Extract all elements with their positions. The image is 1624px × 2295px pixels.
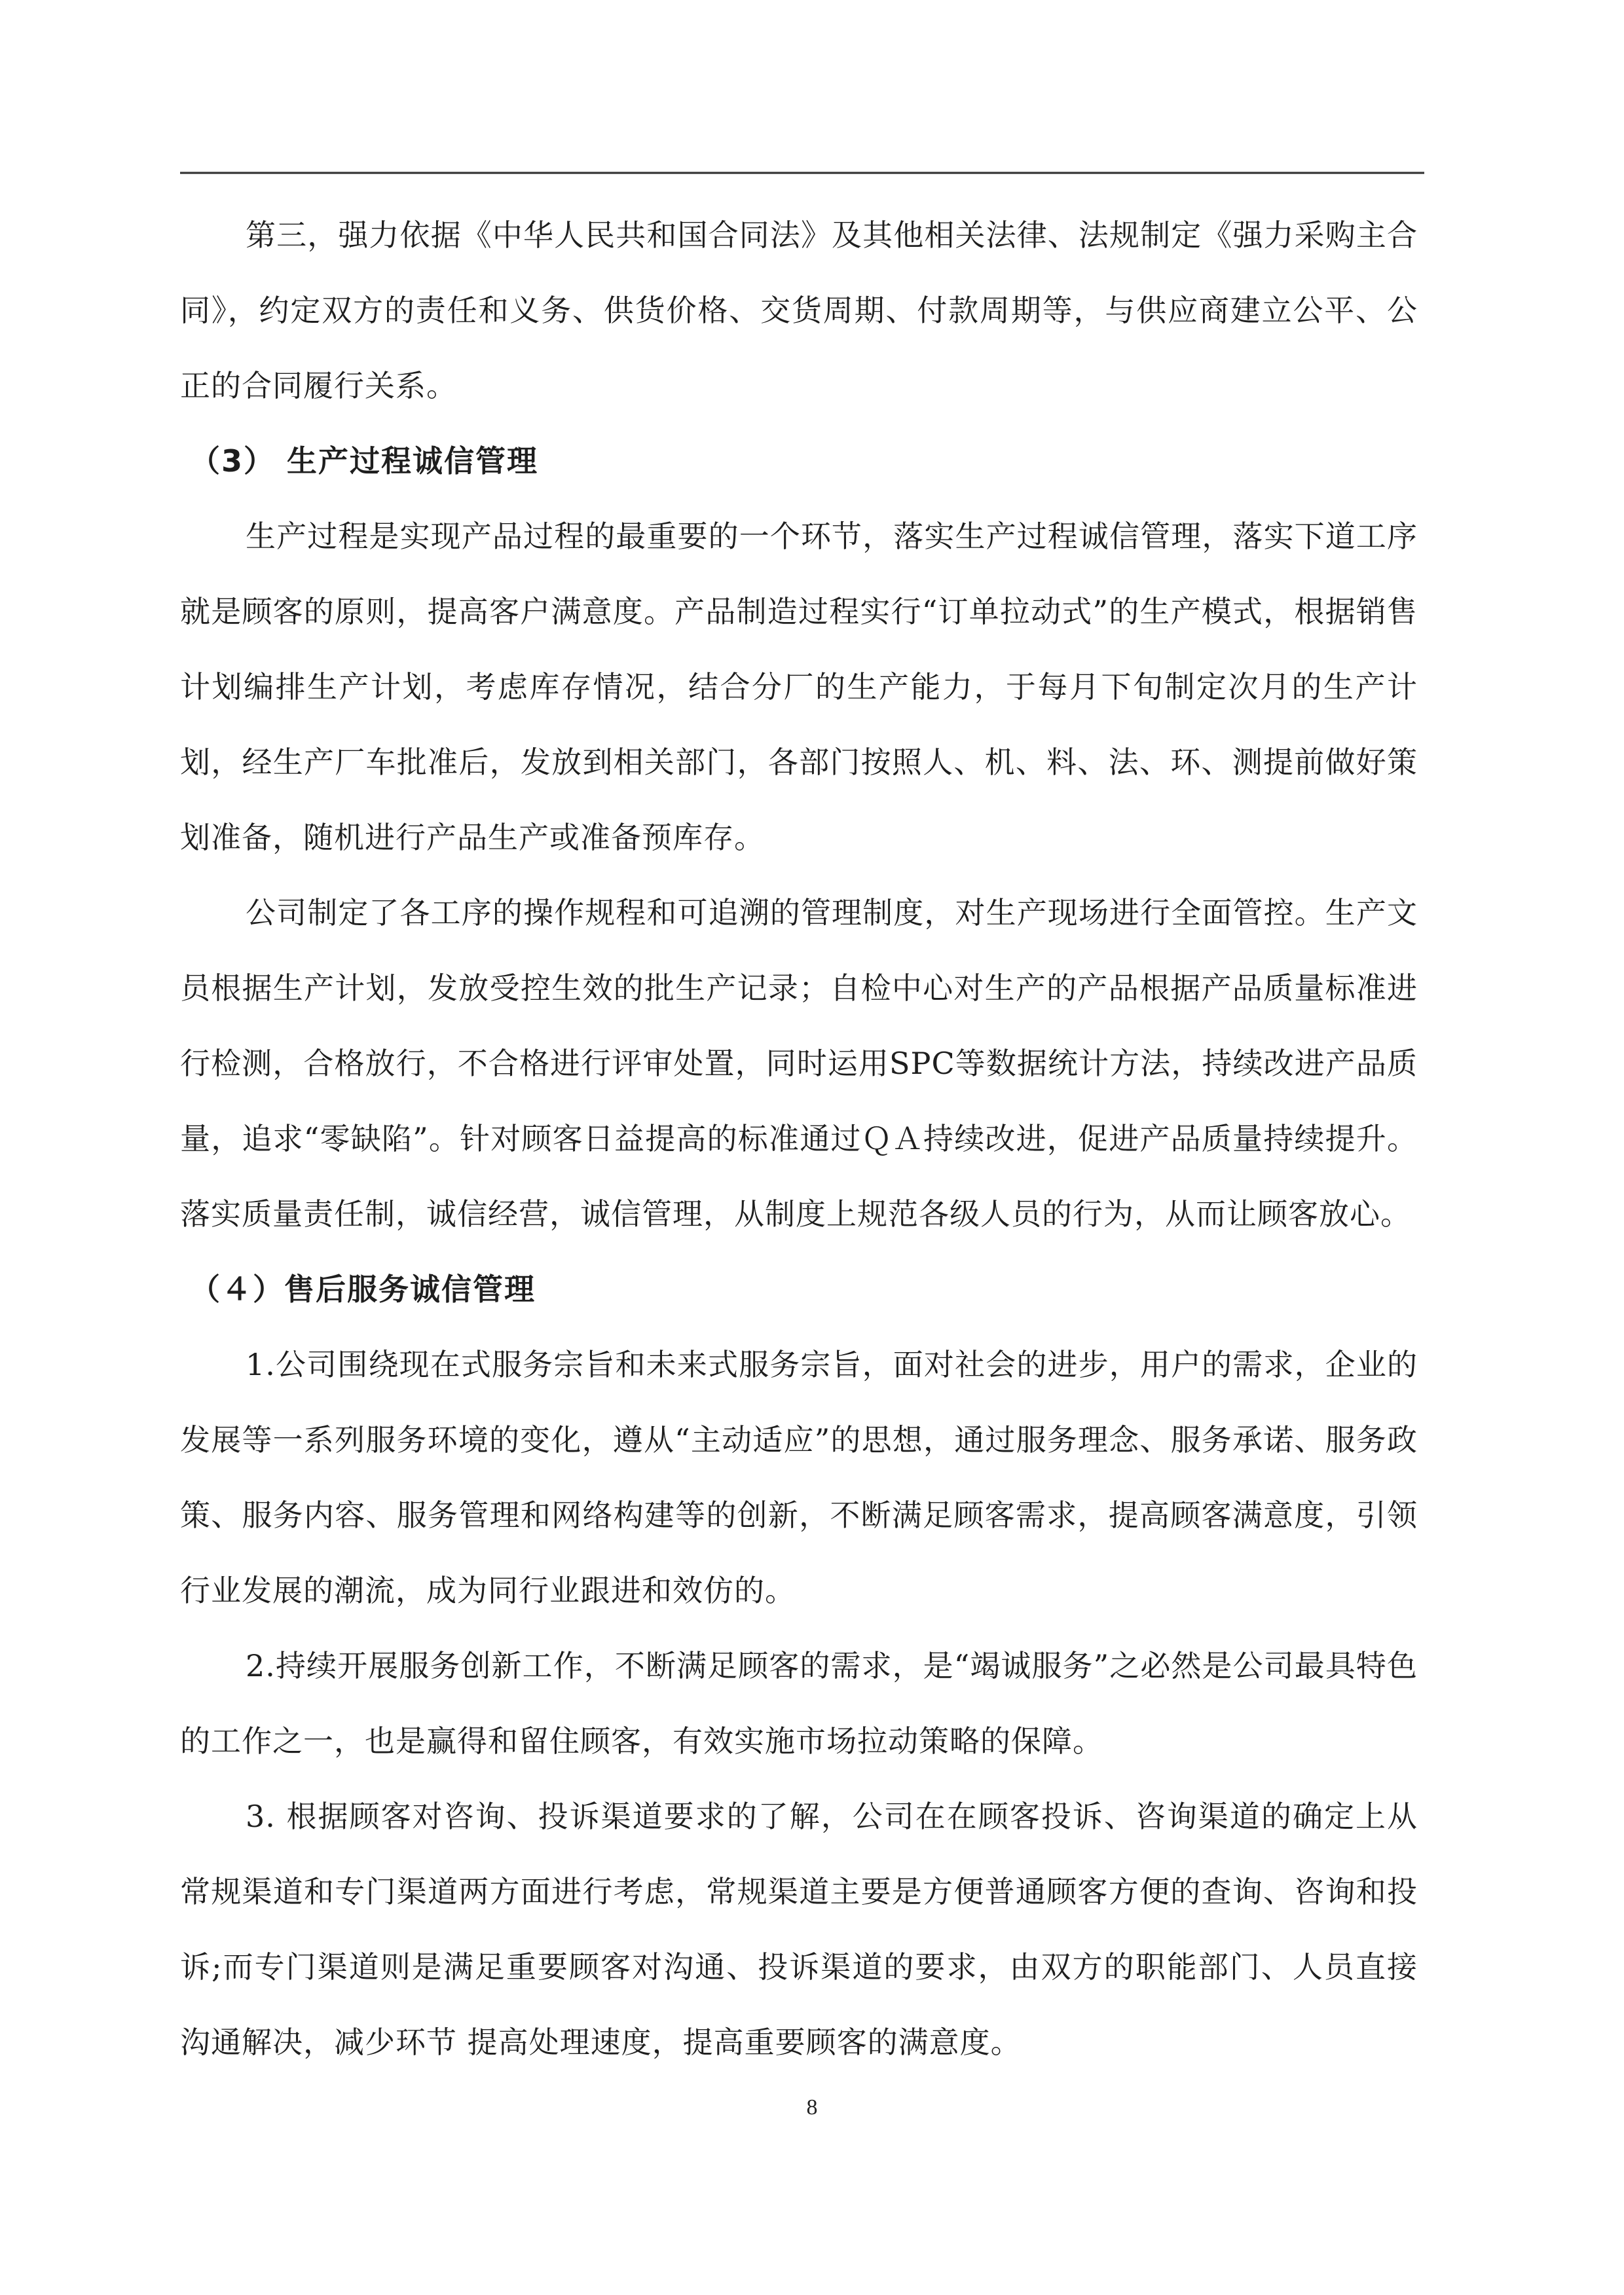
paragraph-production-control: 公司制定了各工序的操作规程和可追溯的管理制度，对生产现场进行全面管控。生产文员根… (180, 875, 1418, 1252)
heading-after-sales-integrity: （４）售后服务诚信管理 (180, 1252, 1418, 1327)
paragraph-production-process: 生产过程是实现产品过程的最重要的一个环节，落实生产过程诚信管理，落实下道工序就是… (180, 499, 1418, 875)
paragraph-contract: 第三，强力依据《中华人民共和国合同法》及其他相关法律、法规制定《强力采购主合同》… (180, 198, 1418, 424)
heading-production-integrity: （3） 生产过程诚信管理 (180, 424, 1418, 499)
page-body: 第三，强力依据《中华人民共和国合同法》及其他相关法律、法规制定《强力采购主合同》… (180, 198, 1418, 2080)
header-rule (180, 172, 1424, 174)
paragraph-complaint-channels: 3. 根据顾客对咨询、投诉渠道要求的了解，公司在在顾客投诉、咨询渠道的确定上从常… (180, 1779, 1418, 2080)
paragraph-service-purpose: 1.公司围绕现在式服务宗旨和未来式服务宗旨，面对社会的进步，用户的需求，企业的发… (180, 1327, 1418, 1628)
paragraph-service-innovation: 2.持续开展服务创新工作，不断满足顾客的需求，是“竭诚服务”之必然是公司最具特色… (180, 1628, 1418, 1779)
page-number: 8 (0, 2095, 1624, 2120)
